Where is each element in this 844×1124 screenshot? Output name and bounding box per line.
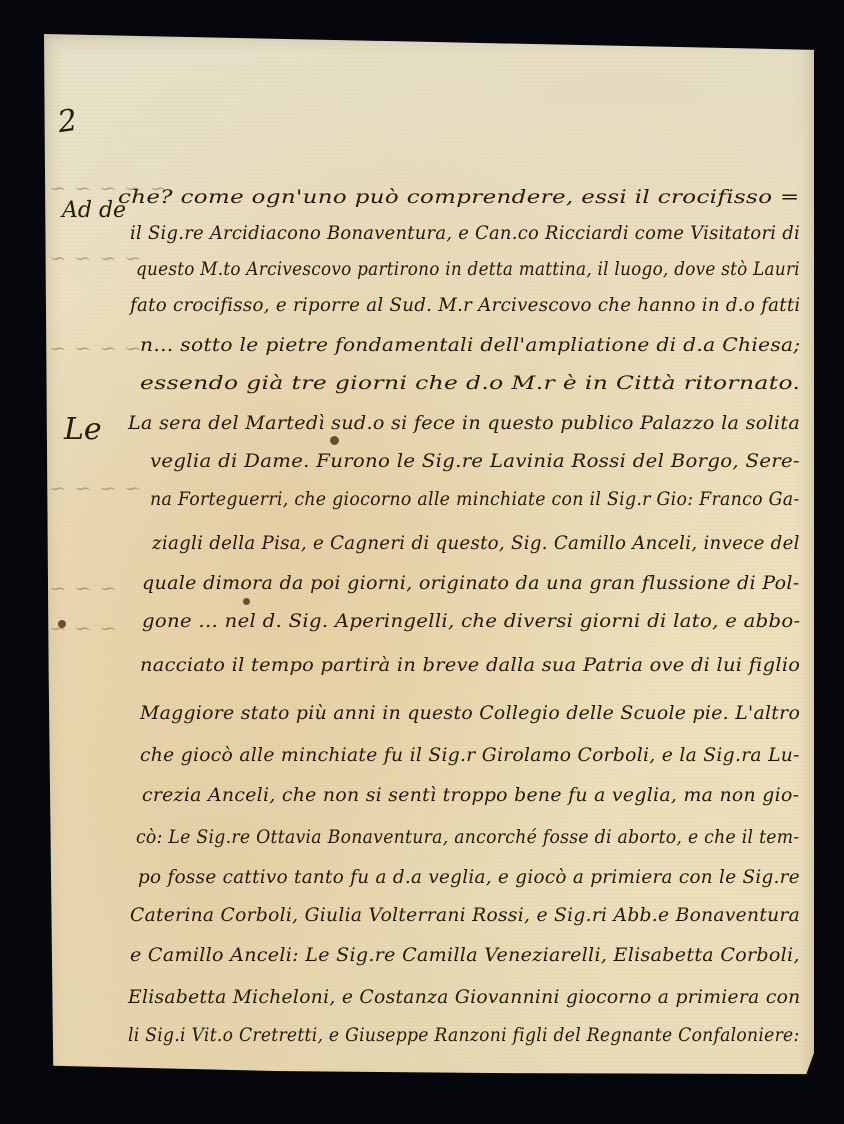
manuscript-scan: ~ ~ ~ ~ ~ ~ ~ ~ ~ ~ ~ ~ ~ ~ ~ ~ ~ ~ ~ ~ … bbox=[0, 0, 844, 1124]
text-line: questo M.to Arcivescovo partirono in det… bbox=[136, 258, 800, 280]
text-line: crezia Anceli, che non si sentì troppo b… bbox=[142, 784, 799, 806]
text-line: n... sotto le pietre fondamentali dell'a… bbox=[140, 334, 801, 356]
text-line: na Forteguerri, che giocorno alle minchi… bbox=[150, 488, 800, 510]
text-line: che giocò alle minchiate fu il Sig.r Gir… bbox=[140, 744, 800, 766]
text-line: che? come ogn'uno può comprendere, essi … bbox=[118, 186, 800, 208]
text-line: veglia di Dame. Furono le Sig.re Lavinia… bbox=[150, 450, 800, 472]
text-line: Caterina Corboli, Giulia Volterrani Ross… bbox=[130, 904, 800, 926]
text-line: quale dimora da poi giorni, originato da… bbox=[142, 572, 800, 594]
text-line: li Sig.i Vit.o Cretretti, e Giuseppe Ran… bbox=[128, 1024, 800, 1046]
text-line: il Sig.re Arcidiacono Bonaventura, e Can… bbox=[130, 222, 800, 244]
text-line: La sera del Martedì sud.o si fece in que… bbox=[128, 412, 800, 434]
manuscript-body: che? come ogn'uno può comprendere, essi … bbox=[0, 0, 844, 1124]
text-line: ziagli della Pisa, e Cagneri di questo, … bbox=[152, 532, 800, 554]
text-line: Elisabetta Micheloni, e Costanza Giovann… bbox=[128, 986, 800, 1008]
text-line: po fosse cattivo tanto fu a d.a veglia, … bbox=[138, 866, 800, 888]
text-line: gone ... nel d. Sig. Aperingelli, che di… bbox=[142, 610, 801, 632]
text-line: fato crocifisso, e riporre al Sud. M.r A… bbox=[130, 294, 801, 316]
text-line: cò: Le Sig.re Ottavia Bonaventura, ancor… bbox=[136, 826, 800, 848]
text-line: essendo già tre giorni che d.o M.r è in … bbox=[140, 372, 800, 394]
text-line: nacciato il tempo partirà in breve dalla… bbox=[140, 654, 800, 676]
text-line: Maggiore stato più anni in questo Colleg… bbox=[140, 702, 800, 724]
text-line: e Camillo Anceli: Le Sig.re Camilla Vene… bbox=[130, 944, 800, 966]
